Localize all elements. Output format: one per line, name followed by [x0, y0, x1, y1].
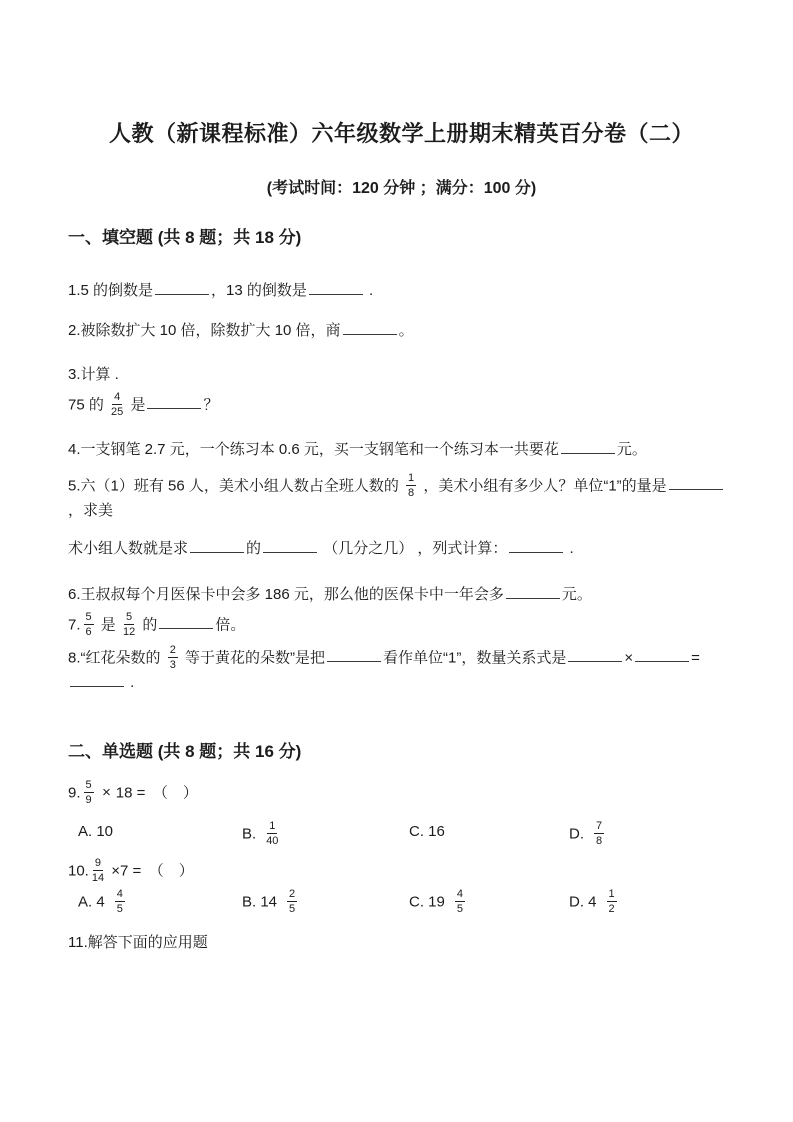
exam-page: 人教（新课程标准）六年级数学上册期末精英百分卷（二） (考试时间：120 分钟 …	[0, 0, 793, 954]
fraction-numerator: 1	[267, 820, 277, 834]
option-item: B.140	[242, 821, 409, 848]
option-label: B. 14	[242, 893, 277, 910]
question-text: 10.	[68, 862, 89, 879]
fraction-numerator: 1	[406, 472, 416, 486]
answer-blank	[155, 281, 209, 295]
answer-blank	[147, 395, 201, 409]
question-text: .	[126, 674, 134, 691]
question-text: 元。	[617, 441, 647, 458]
q9: 9.59 × 18 = （ ）	[68, 780, 735, 807]
option-label: C. 16	[409, 823, 445, 840]
fraction: 23	[168, 644, 178, 671]
fraction-denominator: 5	[117, 902, 123, 915]
question-text: 是	[126, 396, 145, 413]
question-text: ×	[101, 784, 112, 801]
question-text: ，13 的倒数是	[211, 282, 307, 299]
q5b: 术小组人数就是求的 （几分之几） ，列式计算： .	[68, 538, 735, 560]
option-label: A. 10	[78, 823, 113, 840]
q1: 1.5 的倒数是，13 的倒数是 .	[68, 280, 735, 302]
answer-blank	[343, 321, 397, 335]
question-text: .	[365, 282, 373, 299]
fraction-numerator: 2	[168, 644, 178, 658]
fraction: 78	[594, 820, 604, 847]
question-text: 75 的	[68, 396, 108, 413]
option-item: B. 1425	[242, 889, 409, 916]
question-text: 7.	[68, 616, 81, 633]
question-text: 元。	[562, 586, 592, 603]
fraction-numerator: 4	[112, 391, 122, 405]
q9-options: A. 10B.140C. 16D.78	[68, 821, 735, 848]
question-text: 倍。	[215, 616, 245, 633]
exam-subtitle: (考试时间：120 分钟 ；满分：100 分)	[68, 178, 735, 200]
answer-blank	[635, 648, 689, 662]
fraction-denominator: 25	[111, 405, 123, 418]
fraction-numerator: 5	[84, 779, 94, 793]
fraction-denominator: 8	[596, 834, 602, 847]
question-text: 1.5 的倒数是	[68, 282, 153, 299]
question-text: ×7 = （ ）	[107, 862, 194, 879]
fraction: 914	[92, 857, 104, 884]
fraction-numerator: 5	[124, 611, 134, 625]
answer-blank	[263, 539, 317, 553]
q3: 3.计算 .	[68, 364, 735, 386]
answer-blank	[561, 440, 615, 454]
question-text: 2.被除数扩大 10 倍，除数扩大 10 倍，商	[68, 322, 341, 339]
option-item: D. 412	[569, 889, 735, 916]
fraction-denominator: 2	[609, 902, 615, 915]
question-text: 。	[399, 322, 414, 339]
option-label: B.	[242, 825, 256, 842]
question-text: 5.六（1）班有 56 人，美术小组人数占全班人数的	[68, 477, 403, 494]
fraction-numerator: 5	[84, 611, 94, 625]
section-2-header: 二、单选题 (共 8 题；共 16 分)	[68, 740, 735, 764]
fraction: 45	[455, 888, 465, 915]
answer-blank	[190, 539, 244, 553]
q3b: 75 的 425 是？	[68, 392, 735, 419]
question-text: 等于黄花的朵数”是把	[181, 649, 325, 666]
question-text: 8.“红花朵数的	[68, 649, 165, 666]
option-item: A. 10	[78, 821, 242, 848]
fraction: 12	[607, 888, 617, 915]
fraction-denominator: 8	[408, 486, 414, 499]
fraction-denominator: 6	[86, 625, 92, 638]
question-text: 的	[138, 616, 157, 633]
fraction: 18	[406, 472, 416, 499]
fraction-denominator: 5	[289, 902, 295, 915]
question-text: 看作单位“1”，数量关系式是	[383, 649, 566, 666]
exam-title: 人教（新课程标准）六年级数学上册期末精英百分卷（二）	[68, 118, 735, 150]
question-text: .	[565, 540, 573, 557]
question-text: （几分之几） ，列式计算：	[319, 540, 507, 557]
fraction: 56	[84, 611, 94, 638]
fraction-numerator: 9	[93, 857, 103, 871]
fraction: 140	[266, 820, 278, 847]
answer-blank	[70, 673, 124, 687]
fraction: 59	[84, 779, 94, 806]
answer-blank	[327, 648, 381, 662]
question-text: ×	[624, 649, 633, 666]
q2: 2.被除数扩大 10 倍，除数扩大 10 倍，商。	[68, 320, 735, 342]
question-text: 6.王叔叔每个月医保卡中会多 186 元，那么他的医保卡中一年会多	[68, 586, 504, 603]
fraction-numerator: 4	[455, 888, 465, 902]
option-item: A. 445	[78, 889, 242, 916]
fraction: 25	[287, 888, 297, 915]
answer-blank	[159, 615, 213, 629]
fraction-denominator: 9	[86, 793, 92, 806]
q8: 8.“红花朵数的 23 等于黄花的朵数”是把看作单位“1”，数量关系式是×= .	[68, 645, 735, 694]
fraction-denominator: 14	[92, 871, 104, 884]
question-text: 4.一支钢笔 2.7 元，一个练习本 0.6 元，买一支钢笔和一个练习本一共要花	[68, 441, 559, 458]
answer-blank	[506, 585, 560, 599]
fraction-denominator: 40	[266, 834, 278, 847]
fraction: 425	[111, 391, 123, 418]
fraction-numerator: 4	[115, 888, 125, 902]
q4: 4.一支钢笔 2.7 元，一个练习本 0.6 元，买一支钢笔和一个练习本一共要花…	[68, 439, 735, 461]
q6: 6.王叔叔每个月医保卡中会多 186 元，那么他的医保卡中一年会多元。	[68, 584, 735, 606]
fraction-numerator: 1	[607, 888, 617, 902]
answer-blank	[509, 539, 563, 553]
question-text: ，求美	[68, 502, 113, 519]
fraction-numerator: 2	[287, 888, 297, 902]
answer-blank	[568, 648, 622, 662]
question-text: =	[691, 649, 700, 666]
option-label: D. 4	[569, 893, 597, 910]
option-label: A. 4	[78, 893, 105, 910]
q7: 7.56 是 512 的倍。	[68, 612, 735, 639]
section-1-header: 一、填空题 (共 8 题；共 18 分)	[68, 226, 735, 250]
question-text: ？	[203, 396, 218, 413]
q5a: 5.六（1）班有 56 人，美术小组人数占全班人数的 18 ，美术小组有多少人？…	[68, 473, 735, 522]
question-text: 11.解答下面的应用题	[68, 934, 208, 951]
q10-options: A. 445B. 1425C. 1945D. 412	[68, 889, 735, 916]
option-item: C. 16	[409, 821, 569, 848]
fraction-numerator: 7	[594, 820, 604, 834]
exam-body: 一、填空题 (共 8 题；共 18 分)1.5 的倒数是，13 的倒数是 .2.…	[68, 226, 735, 954]
option-item: C. 1945	[409, 889, 569, 916]
question-text: 9.	[68, 784, 81, 801]
question-text: 的	[246, 540, 261, 557]
fraction: 512	[123, 611, 135, 638]
question-text: 3.计算 .	[68, 366, 119, 383]
answer-blank	[669, 476, 723, 490]
fraction-denominator: 12	[123, 625, 135, 638]
question-text: 18 = （ ）	[112, 784, 198, 801]
q10: 10.914 ×7 = （ ）	[68, 858, 735, 885]
question-text: 术小组人数就是求	[68, 540, 188, 557]
q11: 11.解答下面的应用题	[68, 932, 735, 954]
question-text: 是	[97, 616, 120, 633]
fraction-denominator: 5	[457, 902, 463, 915]
option-label: D.	[569, 825, 584, 842]
fraction: 45	[115, 888, 125, 915]
answer-blank	[309, 281, 363, 295]
question-text: ，美术小组有多少人？单位“1”的量是	[419, 477, 667, 494]
option-item: D.78	[569, 821, 735, 848]
option-label: C. 19	[409, 893, 445, 910]
fraction-denominator: 3	[170, 658, 176, 671]
